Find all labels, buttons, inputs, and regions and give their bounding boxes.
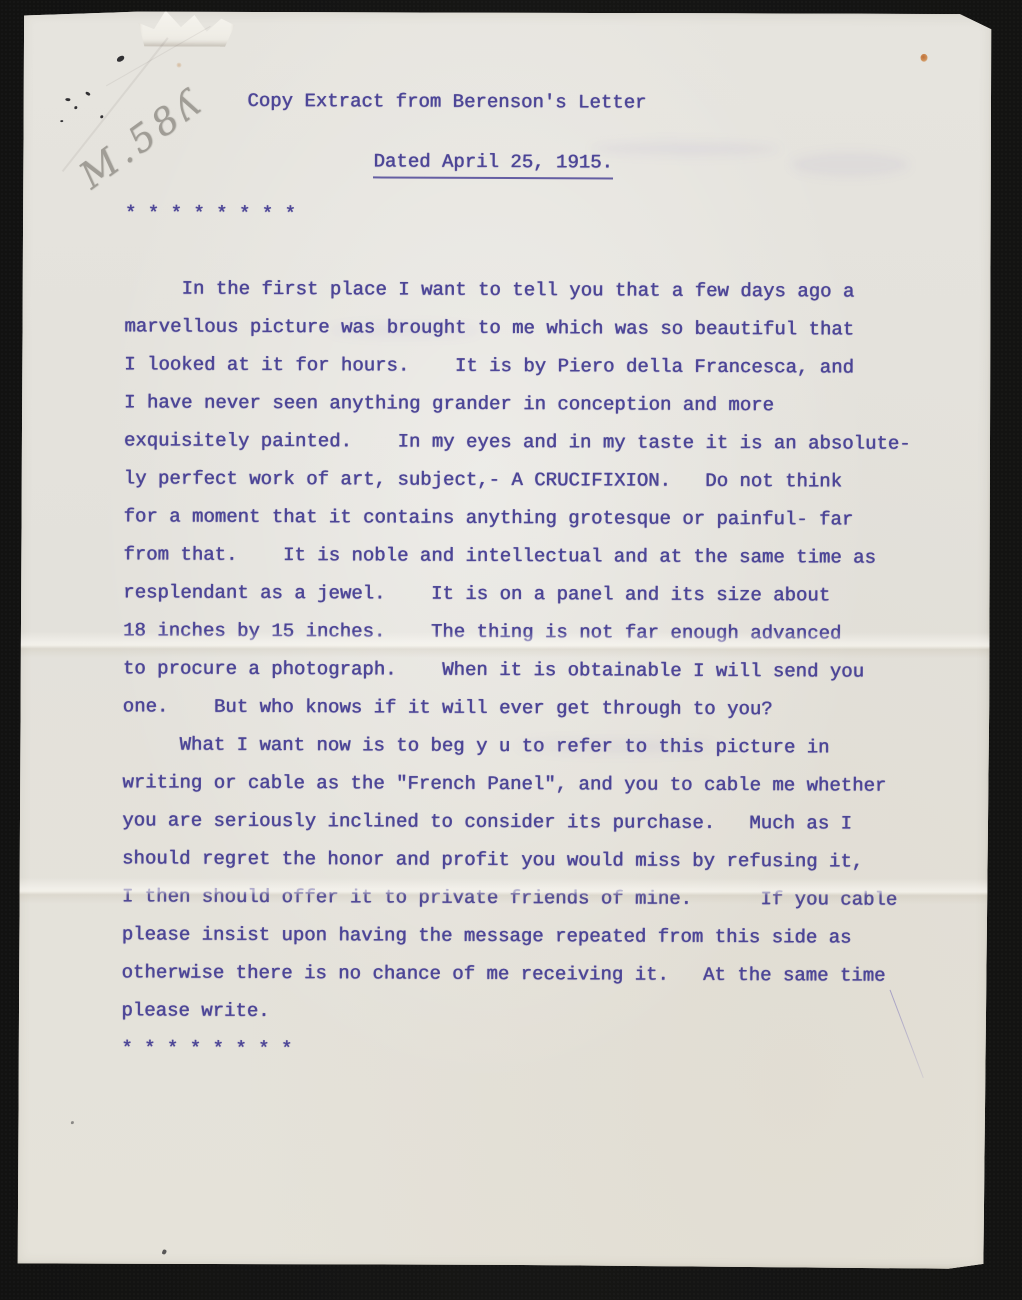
pencil-dot: [71, 1121, 74, 1124]
body-line: should regret the honor and profit you w…: [122, 839, 909, 880]
body-line: I looked at it for hours. It is by Piero…: [124, 345, 911, 386]
foxing-spot: [921, 54, 928, 62]
body-line: 18 inches by 15 inches. The thing is not…: [123, 611, 910, 652]
ink-speck: [65, 97, 71, 101]
torn-corner: [139, 10, 235, 46]
ink-speck: [100, 115, 103, 118]
letter-date-text: Dated April 25, 1915.: [373, 150, 613, 179]
asterisk-separator-bottom: * * * * * * * *: [121, 1029, 908, 1070]
ink-ghost: [590, 140, 780, 157]
body-line: In the first place I want to tell you th…: [124, 269, 911, 310]
body-line: from that. It is noble and intellectual …: [123, 535, 910, 576]
letter-date: Dated April 25, 1915.: [305, 128, 613, 201]
foxing-spot: [176, 63, 181, 68]
body-line: I then should offer it to private friend…: [122, 877, 909, 918]
ink-speck: [85, 91, 91, 97]
body-line: ly perfect work of art, subject,- A CRUC…: [124, 459, 911, 500]
letter-body: In the first place I want to tell you th…: [121, 269, 911, 1070]
body-line: otherwise there is no chance of me recei…: [121, 953, 908, 994]
body-line: What I want now is to beg y u to refer t…: [122, 725, 909, 766]
letter-title: Copy Extract from Berenson's Letter: [247, 90, 646, 114]
body-lines: In the first place I want to tell you th…: [121, 269, 911, 1032]
body-line: resplendant as a jewel. It is on a panel…: [123, 573, 910, 614]
body-line: marvellous picture was brought to me whi…: [124, 307, 911, 348]
letter-page: M.58ʎ Copy Extract from Berenson's Lette…: [15, 10, 992, 1270]
body-line: please insist upon having the message re…: [122, 915, 909, 956]
body-line: I have never seen anything grander in co…: [124, 383, 911, 424]
ink-speck: [162, 1249, 167, 1255]
ink-speck: [60, 120, 63, 122]
body-line: exquisitely painted. In my eyes and in m…: [124, 421, 911, 462]
body-line: to procure a photograph. When it is obta…: [123, 649, 910, 690]
body-line: one. But who knows if it will ever get t…: [123, 687, 910, 728]
body-line: please write.: [121, 991, 908, 1032]
body-line: you are seriously inclined to consider i…: [122, 801, 909, 842]
ink-speck: [116, 55, 125, 63]
ink-ghost: [790, 151, 910, 178]
photo-mat: M.58ʎ Copy Extract from Berenson's Lette…: [0, 0, 1022, 1300]
pencil-annotation: M.58ʎ: [71, 69, 232, 206]
body-line: for a moment that it contains anything g…: [123, 497, 910, 538]
body-line: writing or cable as the "French Panel", …: [122, 763, 909, 804]
asterisk-separator-top: * * * * * * * *: [125, 194, 296, 233]
ink-speck: [74, 106, 77, 109]
